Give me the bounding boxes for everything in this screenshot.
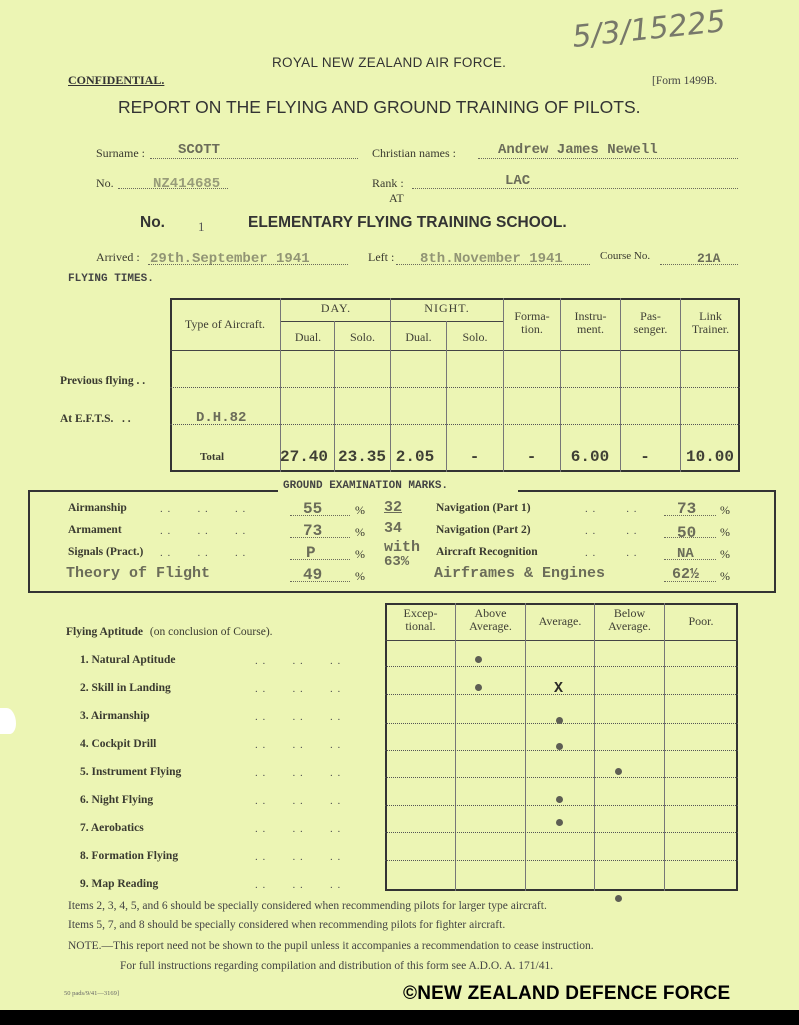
classification-label: CONFIDENTIAL.: [68, 73, 164, 88]
col-average: Average.: [526, 615, 594, 628]
col-poor: Poor.: [665, 615, 737, 628]
aptitude-title: Flying Aptitude: [66, 626, 143, 638]
printer-mark: 50 pads/9/41—3169]: [64, 990, 119, 997]
christian-names-label: Christian names :: [372, 146, 456, 161]
copyright-watermark: ©NEW ZEALAND DEFENCE FORCE: [403, 983, 730, 1005]
exam-theory-label: Theory of Flight: [66, 565, 210, 582]
school-name: ELEMENTARY FLYING TRAINING SCHOOL.: [248, 214, 567, 232]
note-pupil: NOTE.—This report need not be shown to t…: [68, 940, 594, 952]
mark-airmanship: 55: [303, 500, 322, 518]
archive-number: 5/3/15225: [571, 4, 728, 55]
dot-mark-icon: [615, 895, 622, 902]
percent-sign: %: [720, 503, 730, 518]
arrived-label: Arrived :: [96, 250, 140, 265]
mark-nav2: 50: [677, 524, 696, 542]
exam-recognition-label: Aircraft Recognition: [436, 546, 538, 558]
total-day-solo: 23.35: [334, 448, 390, 466]
aptitude-item-label: 6. Night Flying: [80, 794, 153, 806]
page-title: REPORT ON THE FLYING AND GROUND TRAINING…: [118, 97, 641, 118]
total-formation: -: [503, 448, 560, 466]
document-page: 5/3/15225 ROYAL NEW ZEALAND AIR FORCE. C…: [0, 0, 799, 1010]
note-text: —This report need not be shown to the pu…: [102, 940, 594, 952]
dot-mark-icon: [556, 717, 563, 724]
mark-recognition: NA: [677, 546, 694, 562]
col-below-average: Below Average.: [595, 607, 664, 633]
mark-airframes: 62½: [672, 566, 699, 583]
dot-mark-icon: [556, 796, 563, 803]
aptitude-item-label: 5. Instrument Flying: [80, 766, 181, 778]
service-number-value: NZ414685: [153, 176, 220, 192]
col-night-dual: Dual.: [391, 331, 446, 344]
percent-sign: %: [355, 525, 365, 540]
rank-label: Rank :: [372, 176, 404, 191]
col-above-average: Above Average.: [456, 607, 525, 633]
row-efts-label: At E.F.T.S. . .: [60, 413, 131, 425]
percent-sign: %: [355, 569, 365, 584]
exam-signals-label: Signals (Pract.): [68, 546, 143, 558]
mark-nav1: 73: [677, 500, 696, 518]
note-fighter-aircraft: Items 5, 7, and 8 should be specially co…: [68, 919, 505, 931]
surname-line: [150, 158, 358, 159]
percent-sign: %: [720, 525, 730, 540]
total-night-dual: 2.05: [390, 448, 440, 466]
col-exceptional: Excep- tional.: [386, 607, 455, 633]
surname-value: SCOTT: [178, 142, 220, 158]
total-passenger: -: [620, 448, 670, 466]
total-night-solo: -: [446, 448, 503, 466]
col-type-of-aircraft: Type of Aircraft.: [172, 318, 278, 331]
total-day-dual: 27.40: [274, 448, 334, 466]
rank-line: [412, 188, 738, 189]
organization-name: ROYAL NEW ZEALAND AIR FORCE.: [272, 55, 506, 70]
note-32: 32: [384, 499, 402, 516]
school-number-label: No.: [140, 214, 165, 232]
torn-edge: [0, 708, 16, 734]
exam-armament-label: Armament: [68, 524, 122, 536]
left-value: 8th.November 1941: [420, 251, 563, 267]
x-mark-icon: X: [554, 680, 563, 697]
dot-mark-icon: [475, 656, 482, 663]
course-label: Course No.: [600, 250, 650, 262]
percent-sign: %: [720, 569, 730, 584]
dot-mark-icon: [475, 684, 482, 691]
row-previous-flying-label: Previous flying . .: [60, 375, 145, 387]
aptitude-subtitle: (on conclusion of Course).: [150, 626, 273, 638]
col-night: NIGHT.: [392, 302, 502, 315]
aptitude-item-label: 9. Map Reading: [80, 878, 158, 890]
at-label: AT: [389, 191, 404, 206]
note-prefix: NOTE.: [68, 940, 102, 952]
note-34: 34: [384, 520, 402, 537]
dot-mark-icon: [556, 743, 563, 750]
aircraft-type-value: D.H.82: [196, 410, 246, 426]
col-day-solo: Solo.: [335, 331, 390, 344]
percent-sign: %: [355, 503, 365, 518]
arrived-value: 29th.September 1941: [150, 251, 310, 267]
col-day: DAY.: [282, 302, 390, 315]
aptitude-heading: Flying Aptitude (on conclusion of Course…: [66, 626, 273, 638]
total-label: Total: [200, 451, 224, 463]
left-label: Left :: [368, 250, 394, 265]
percent-sign: %: [355, 547, 365, 562]
exam-nav2-label: Navigation (Part 2): [436, 524, 531, 536]
total-instrument: 6.00: [560, 448, 620, 466]
christian-names-line: [478, 158, 738, 159]
form-number: [Form 1499B.: [652, 75, 717, 87]
col-instrument: Instru- ment.: [561, 310, 620, 336]
total-link-trainer: 10.00: [680, 448, 740, 466]
aptitude-item-label: 1. Natural Aptitude: [80, 654, 176, 666]
bottom-border: [0, 1010, 799, 1025]
flying-times-heading: FLYING TIMES.: [68, 273, 154, 285]
dot-mark-icon: [556, 819, 563, 826]
exam-nav1-label: Navigation (Part 1): [436, 502, 531, 514]
aptitude-item-label: 8. Formation Flying: [80, 850, 178, 862]
mark-signals: P: [306, 544, 316, 562]
col-night-solo: Solo.: [447, 331, 503, 344]
percent-sign: %: [720, 547, 730, 562]
school-number-value: 1: [198, 219, 205, 235]
dot-mark-icon: [615, 768, 622, 775]
aptitude-item-label: 2. Skill in Landing: [80, 682, 171, 694]
aptitude-item-label: 7. Aerobatics: [80, 822, 144, 834]
note-instructions: For full instructions regarding compilat…: [120, 960, 553, 972]
col-passenger: Pas- senger.: [621, 310, 680, 336]
surname-label: Surname :: [96, 146, 145, 161]
col-link-trainer: Link Trainer.: [681, 310, 740, 336]
christian-names-value: Andrew James Newell: [498, 142, 658, 158]
aptitude-item-label: 3. Airmanship: [80, 710, 150, 722]
mark-armament: 73: [303, 522, 322, 540]
note-larger-aircraft: Items 2, 3, 4, 5, and 6 should be specia…: [68, 900, 547, 912]
col-formation: Forma- tion.: [504, 310, 560, 336]
rank-value: LAC: [505, 173, 530, 189]
exam-airframes-label: Airframes & Engines: [434, 565, 605, 582]
exam-airmanship-label: Airmanship: [68, 502, 127, 514]
aptitude-item-label: 4. Cockpit Drill: [80, 738, 156, 750]
number-label: No.: [96, 176, 114, 191]
col-day-dual: Dual.: [282, 331, 334, 344]
course-value: 21A: [697, 251, 720, 266]
note-63-percent: 63%: [384, 554, 409, 570]
mark-theory: 49: [303, 566, 322, 584]
